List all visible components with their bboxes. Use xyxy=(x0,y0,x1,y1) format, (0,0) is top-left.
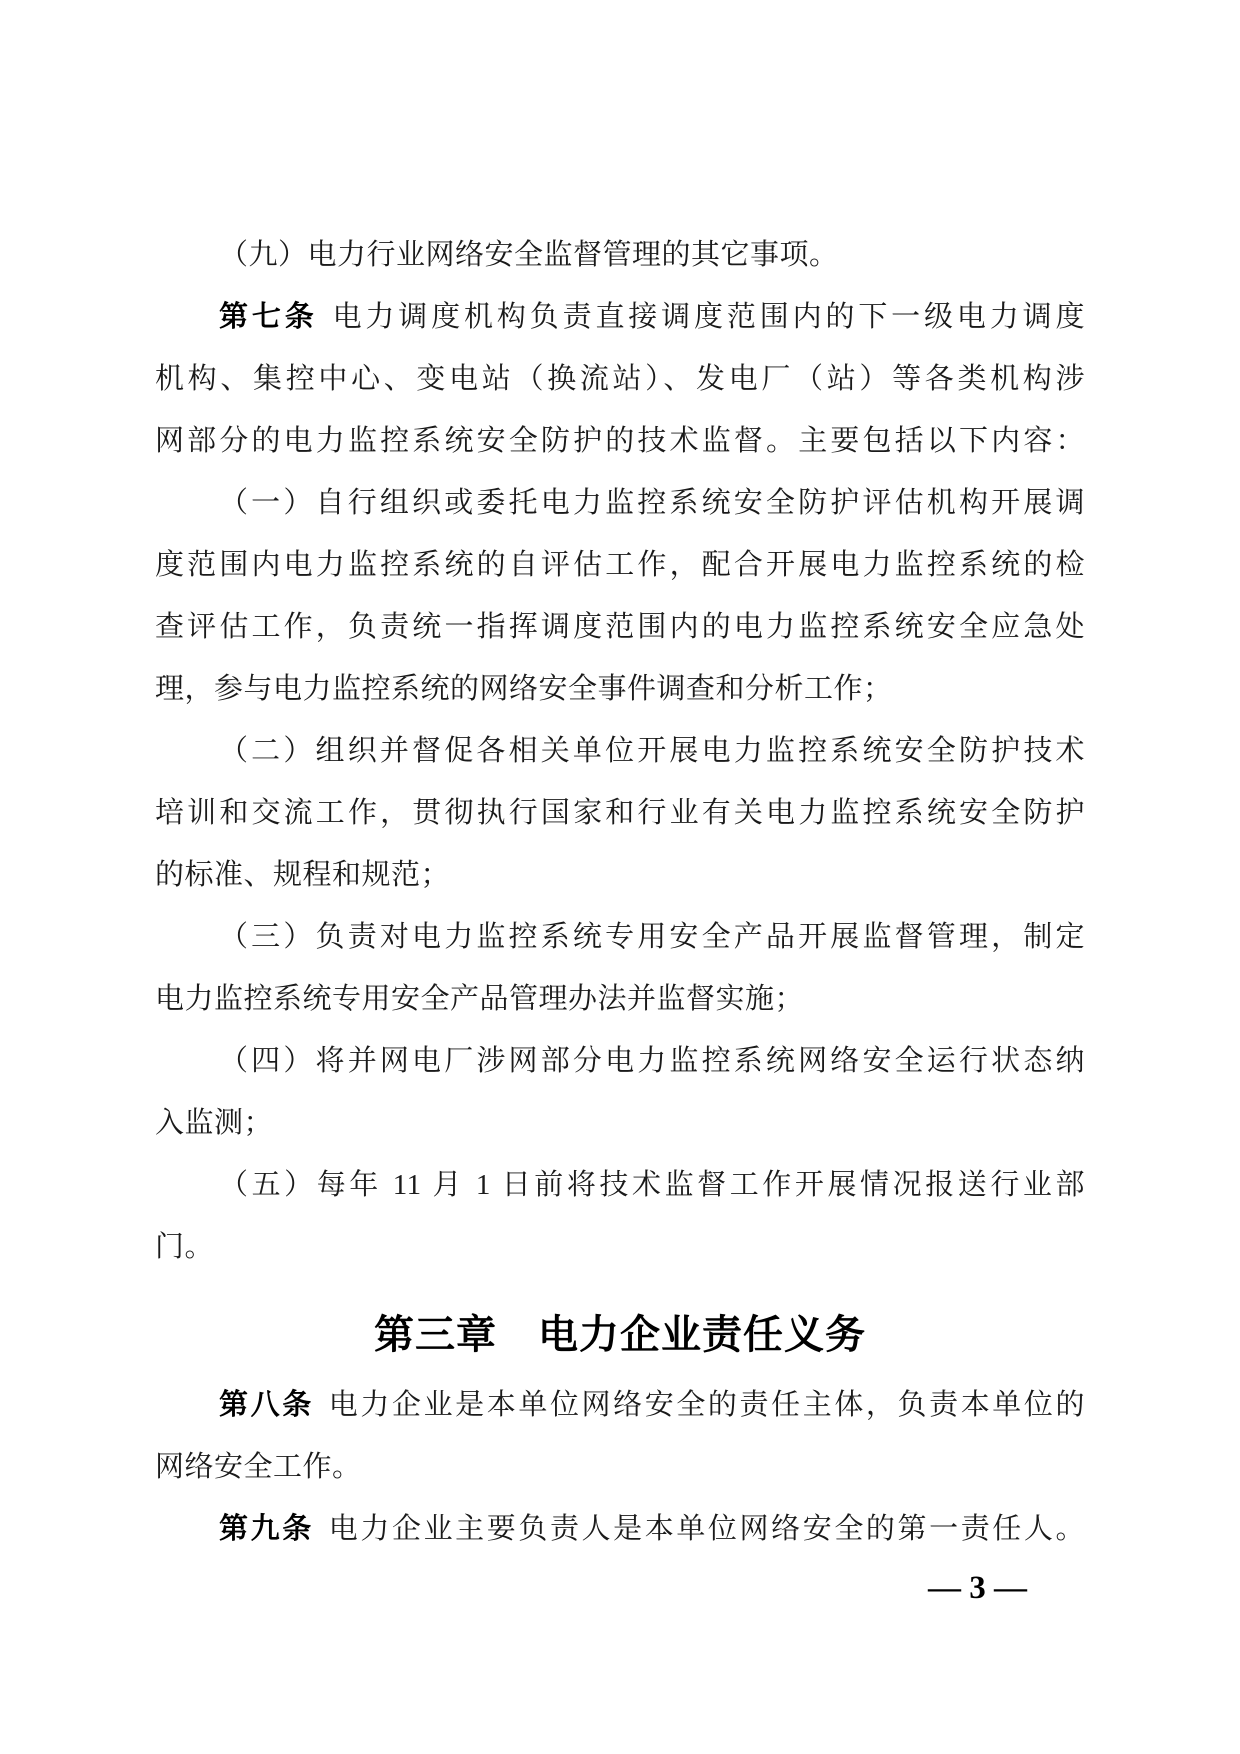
text-line: 机构、集控中心、变电站（换流站）、发电厂（站）等各类机构涉 xyxy=(155,348,1085,410)
line-text: （一）自行组织或委托电力监控系统安全防护评估机构开展调 xyxy=(219,487,1085,519)
text-line: （九）电力行业网络安全监督管理的其它事项。 xyxy=(155,224,1085,286)
text-line: （五）每年 11 月 1 日前将技术监督工作开展情况报送行业部 xyxy=(155,1154,1085,1216)
line-text: 理，参与电力监控系统的网络安全事件调查和分析工作； xyxy=(155,673,893,705)
line-text: （九）电力行业网络安全监督管理的其它事项。 xyxy=(219,239,839,271)
text-line: 电力监控系统专用安全产品管理办法并监督实施； xyxy=(155,968,1085,1030)
line-text: （三）负责对电力监控系统专用安全产品开展监督管理，制定 xyxy=(219,921,1085,953)
line-text: 电力调度机构负责直接调度范围内的下一级电力调度 xyxy=(333,301,1085,333)
section-gap xyxy=(155,1278,1085,1304)
text-line: 的标准、规程和规范； xyxy=(155,844,1085,906)
line-text: 电力监控系统专用安全产品管理办法并监督实施； xyxy=(155,983,804,1015)
text-line: （一）自行组织或委托电力监控系统安全防护评估机构开展调 xyxy=(155,472,1085,534)
line-text: 网络安全工作。 xyxy=(155,1451,362,1483)
line-text: 的标准、规程和规范； xyxy=(155,859,450,891)
text-line: 网部分的电力监控系统安全防护的技术监督。主要包括以下内容： xyxy=(155,410,1085,472)
line-text: 电力企业是本单位网络安全的责任主体，负责本单位的 xyxy=(329,1389,1085,1421)
text-line: 门。 xyxy=(155,1216,1085,1278)
text-line: 度范围内电力监控系统的自评估工作，配合开展电力监控系统的检 xyxy=(155,534,1085,596)
line-text: 入监测； xyxy=(155,1107,273,1139)
text-line: 查评估工作，负责统一指挥调度范围内的电力监控系统安全应急处 xyxy=(155,596,1085,658)
text-line: 培训和交流工作，贯彻执行国家和行业有关电力监控系统安全防护 xyxy=(155,782,1085,844)
line-text: （二）组织并督促各相关单位开展电力监控系统安全防护技术 xyxy=(219,735,1085,767)
text-line: 第九条电力企业主要负责人是本单位网络安全的第一责任人。 xyxy=(155,1498,1085,1560)
page-number: — 3 — xyxy=(928,1568,1027,1608)
text-line: 网络安全工作。 xyxy=(155,1436,1085,1498)
line-text: 网部分的电力监控系统安全防护的技术监督。主要包括以下内容： xyxy=(155,425,1085,457)
body-text: （九）电力行业网络安全监督管理的其它事项。 第七条电力调度机构负责直接调度范围内… xyxy=(155,224,1085,1560)
line-text: 电力企业主要负责人是本单位网络安全的第一责任人。 xyxy=(329,1513,1085,1545)
line-text: （四）将并网电厂涉网部分电力监控系统网络安全运行状态纳 xyxy=(219,1045,1085,1077)
article-number: 第八条 xyxy=(219,1389,314,1421)
line-text: 查评估工作，负责统一指挥调度范围内的电力监控系统安全应急处 xyxy=(155,611,1085,643)
article-number: 第七条 xyxy=(219,301,318,333)
line-text: 机构、集控中心、变电站（换流站）、发电厂（站）等各类机构涉 xyxy=(155,363,1085,395)
text-line: 理，参与电力监控系统的网络安全事件调查和分析工作； xyxy=(155,658,1085,720)
text-line: 第八条电力企业是本单位网络安全的责任主体，负责本单位的 xyxy=(155,1374,1085,1436)
text-line: （二）组织并督促各相关单位开展电力监控系统安全防护技术 xyxy=(155,720,1085,782)
text-line: （三）负责对电力监控系统专用安全产品开展监督管理，制定 xyxy=(155,906,1085,968)
text-line: 入监测； xyxy=(155,1092,1085,1154)
chapter-heading: 第三章 电力企业责任义务 xyxy=(155,1304,1085,1366)
line-text: （五）每年 11 月 1 日前将技术监督工作开展情况报送行业部 xyxy=(219,1169,1085,1201)
text-line: （四）将并网电厂涉网部分电力监控系统网络安全运行状态纳 xyxy=(155,1030,1085,1092)
line-text: 门。 xyxy=(155,1231,214,1263)
text-line: 第七条电力调度机构负责直接调度范围内的下一级电力调度 xyxy=(155,286,1085,348)
line-text: 培训和交流工作，贯彻执行国家和行业有关电力监控系统安全防护 xyxy=(155,797,1085,829)
line-text: 度范围内电力监控系统的自评估工作，配合开展电力监控系统的检 xyxy=(155,549,1085,581)
article-number: 第九条 xyxy=(219,1513,314,1545)
document-page: （九）电力行业网络安全监督管理的其它事项。 第七条电力调度机构负责直接调度范围内… xyxy=(0,0,1240,1754)
